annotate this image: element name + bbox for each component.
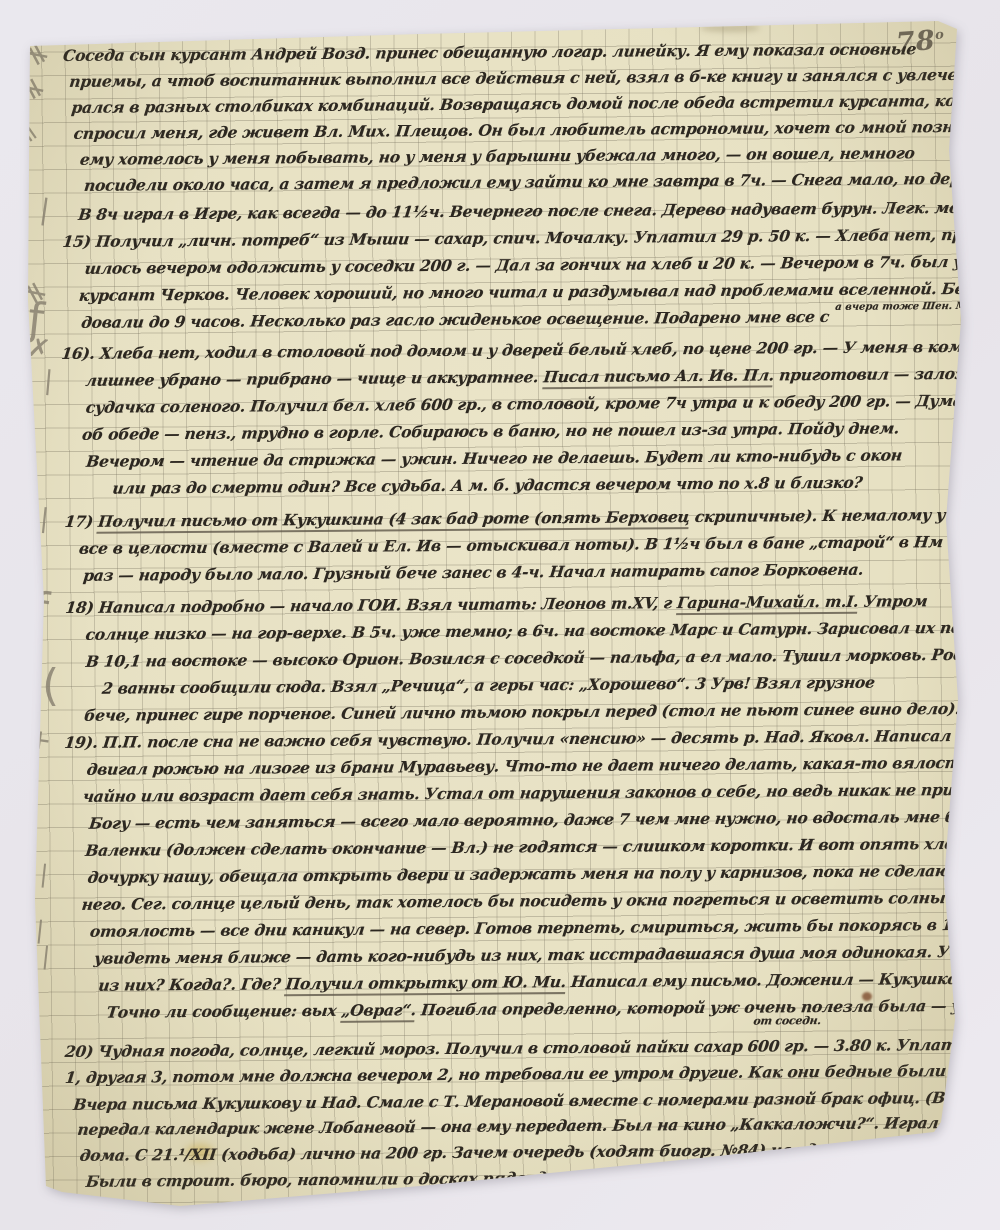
handwriting-segment: бече, принес гире порченое. Синей лично …	[83, 699, 961, 725]
paper-shadow: 78о ≠≠=|≠ƒ✗||ƒ(+‡||||‡| Соседа сын курса…	[0, 0, 1000, 1230]
handwriting-segment: от соседн.	[753, 1014, 822, 1028]
handwriting-segment: Получил открытку от Ю. Ми.	[284, 972, 567, 996]
handwriting-segment: Были в строит. бюро, напомнили о досках …	[85, 1165, 969, 1191]
handwriting-segment: посидели около часа, а затем я предложил…	[83, 168, 1000, 194]
handwritten-line: из них? Когда?. Где? Получил открытку от…	[97, 969, 982, 995]
handwritten-line: солнце низко — на гор-верхе. В 5ч. уже т…	[85, 617, 1000, 644]
handwriting-segment: отоялость — все дни каникул — на север. …	[89, 913, 1000, 940]
handwriting-segment: Написал ему письмо. Доженил — Кукушкову,	[565, 969, 983, 991]
handwritten-line: раз — народу было мало. Грузный бече зан…	[82, 560, 864, 585]
handwriting-segment: 1, другая 3, потом мне должна вечером 2,…	[64, 1060, 1000, 1087]
handwriting-segment: а вчера тоже Шен. Мел	[835, 301, 981, 313]
handwritten-line: 17) Получил письмо от Кукушкина (4 зак б…	[64, 505, 999, 531]
handwriting-segment: дочурку нашу, обещала открыть двери и за…	[86, 859, 1000, 886]
handwritten-line: В 8ч играл в Игре, как всегда — до 11½ч.…	[77, 197, 1000, 223]
handwritten-line: Точно ли сообщение: вых „Овраг“. Погибла…	[106, 995, 1000, 1022]
handwriting-segment: или раз до смерти один? Все судьба. А м.…	[111, 473, 863, 498]
handwritten-line: чайно или возраст дает себя знать. Устал…	[82, 779, 1000, 806]
handwriting-segment: приемы, а чтоб воспитанник выполнил все …	[68, 64, 1000, 91]
handwritten-line: от соседн.	[753, 1014, 822, 1028]
handwriting-segment: Утром	[857, 591, 928, 611]
handwritten-line: 19). П.П. после сна не важно себя чувств…	[63, 725, 1000, 752]
handwritten-line: 2 ванны сообщили сюда. Взял „Речица“, а …	[101, 673, 876, 698]
handwriting-segment: двигал рожью на лизоге из брани Муравьев…	[86, 752, 1000, 779]
handwritten-line: Богу — есть чем заняться — всего мало ве…	[88, 805, 1000, 833]
handwritten-line: рался в разных столбиках комбинаций. Воз…	[70, 90, 1000, 116]
photo-background: 78о ≠≠=|≠ƒ✗||ƒ(+‡||||‡| Соседа сын курса…	[0, 0, 1000, 1230]
handwritten-line: все в целости (вместе с Валей и Ел. Ив —…	[78, 532, 944, 558]
handwriting-segment: Писал письмо Ал. Ив. Пл.	[542, 365, 775, 389]
pencil-margin-mark: |	[27, 968, 37, 991]
handwritten-line: 20) Чудная погода, солнце, легкий мороз.…	[64, 1033, 1000, 1061]
handwriting-segment: Точно ли сообщение: вых	[106, 1001, 343, 1022]
manuscript-page: 78о ≠≠=|≠ƒ✗||ƒ(+‡||||‡| Соседа сын курса…	[0, 0, 1000, 1230]
handwriting-segment: судачка соленого. Получил бел. хлеб 600 …	[85, 391, 979, 417]
handwritten-line: В 10,1 на востоке — высоко Орион. Возилс…	[85, 644, 1000, 671]
handwritten-line: приемы, а чтоб воспитанник выполнил все …	[68, 64, 1000, 91]
handwritten-text: Соседа сын курсант Андрей Возд. принес о…	[0, 0, 1000, 1230]
handwriting-segment: об обеде — пенз., трудно в горле. Собира…	[81, 418, 900, 443]
handwritten-line: дома. С 21.¹/XII (ходьба) лично на 200 г…	[79, 1137, 1000, 1164]
handwriting-segment: передал календарик жене Лобаневой — она …	[76, 1112, 1000, 1139]
handwriting-segment: Богу — есть чем заняться — всего мало ве…	[88, 805, 1000, 833]
handwriting-segment: Получил письмо от Кукушкина (4 зак бад р…	[97, 507, 691, 534]
handwriting-segment: него. Сег. солнце целый день, так хотело…	[81, 887, 1000, 914]
handwritten-line: Соседа сын курсант Андрей Возд. принес о…	[62, 39, 917, 65]
handwritten-line: спросил меня, где живет Вл. Мих. Плещов.…	[73, 116, 1000, 143]
handwritten-line: 15) Получил „личн. потреб“ из Мыши — сах…	[62, 225, 982, 251]
handwritten-line: Вечером — чтение да стрижка — ужин. Ниче…	[85, 445, 903, 470]
pencil-margin-mark: ‡	[21, 780, 38, 811]
handwriting-segment: В 10,1 на востоке — высоко Орион. Возилс…	[85, 644, 1000, 671]
handwriting-segment: Соседа сын курсант Андрей Возд. принес о…	[62, 39, 917, 65]
handwriting-segment: Вчера письма Кукушкову и Над. Смале с Т.…	[72, 1087, 1000, 1114]
handwriting-segment: чайно или возраст дает себя знать. Устал…	[82, 779, 1000, 806]
handwriting-segment: Вечером — чтение да стрижка — ужин. Ниче…	[85, 445, 903, 470]
handwriting-segment: скрипичные). К немалому у меня	[689, 505, 999, 526]
handwriting-segment: все в целости (вместе с Валей и Ел. Ив —…	[78, 532, 944, 558]
handwriting-segment: 15) Получил „личн. потреб“ из Мыши — сах…	[62, 225, 982, 251]
handwriting-segment: 2 ванны сообщили сюда. Взял „Речица“, а …	[101, 673, 876, 698]
handwritten-line: посидели около часа, а затем я предложил…	[83, 168, 1000, 194]
handwriting-segment: ержанный для нее получает — 8½ кг	[815, 1137, 1000, 1159]
pencil-margin-mark: ‡	[16, 1029, 38, 1065]
handwritten-line: дочурку нашу, обещала открыть двери и за…	[86, 859, 1000, 886]
handwritten-line: лишнее убрано — прибрано — чище и аккура…	[85, 364, 998, 390]
handwritten-line: двигал рожью на лизоге из брани Муравьев…	[86, 752, 1000, 779]
handwriting-segment: солнце низко — на гор-верхе. В 5ч. уже т…	[85, 617, 1000, 644]
handwriting-segment: из них? Когда?. Где?	[97, 974, 286, 994]
handwritten-line: отоялость — все дни каникул — на север. …	[89, 913, 1000, 940]
handwriting-segment: 18) Написал подробно — начало ГОИ. Взял …	[64, 593, 678, 617]
handwritten-line: ему хотелось у меня побывать, но у меня …	[79, 143, 916, 169]
handwritten-line: передал календарик жене Лобаневой — она …	[76, 1112, 1000, 1139]
handwriting-segment: Валенки (должен сделать окончание — Вл.)…	[84, 833, 1000, 860]
handwriting-segment: довали до 9 часов. Несколько раз гасло ж…	[80, 307, 835, 332]
handwritten-line: довали до 9 часов. Несколько раз гасло ж…	[80, 304, 1000, 332]
handwritten-line: Валенки (должен сделать окончание — Вл.)…	[84, 833, 1000, 860]
handwriting-segment: 17)	[64, 512, 99, 531]
handwritten-line: судачка соленого. Получил бел. хлеб 600 …	[85, 391, 979, 417]
handwriting-segment: Погибла определенно, которой уж очень по…	[415, 995, 1000, 1019]
handwritten-line: или раз до смерти один? Все судьба. А м.…	[111, 473, 863, 498]
handwriting-segment: спросил меня, где живет Вл. Мих. Плещов.…	[73, 116, 1000, 143]
handwritten-line: 18) Написал подробно — начало ГОИ. Взял …	[64, 591, 928, 617]
handwriting-segment: В 8ч играл в Игре, как всегда — до 11½ч.…	[77, 197, 1000, 223]
handwritten-line: увидеть меня ближе — дать кого-нибудь из…	[93, 940, 1000, 967]
handwritten-line: бече, принес гире порченое. Синей лично …	[83, 699, 961, 725]
handwriting-segment: рался в разных столбиках комбинаций. Воз…	[70, 90, 1000, 116]
handwritten-line: шлось вечером одолжить у соседки 200 г. …	[84, 251, 1000, 277]
handwriting-segment: 16). Хлеба нет, ходил в столовой под дом…	[60, 336, 1000, 363]
struck-word: поджаренного	[974, 305, 1000, 325]
handwritten-line: 1, другая 3, потом мне должна вечером 2,…	[64, 1060, 1000, 1087]
handwriting-segment: Гарина-Михайл. т.I.	[676, 592, 860, 615]
handwriting-segment: 20) Чудная погода, солнце, легкий мороз.…	[64, 1033, 1000, 1061]
struck-word: уд	[796, 1140, 818, 1159]
handwritten-line: Вчера письма Кукушкову и Над. Смале с Т.…	[72, 1087, 1000, 1114]
handwriting-segment: дома. С 21.¹/XII (ходьба) лично на 200 г…	[79, 1140, 798, 1165]
handwriting-segment: приготовил — заложил	[773, 364, 998, 385]
inked-out-word: Земл	[967, 1165, 1000, 1184]
handwriting-segment: раз — народу было мало. Грузный бече зан…	[82, 560, 864, 585]
handwritten-line: него. Сег. солнце целый день, так хотело…	[81, 887, 1000, 914]
handwriting-segment: „Овраг“.	[340, 1000, 417, 1023]
handwriting-segment: ему хотелось у меня побывать, но у меня …	[79, 143, 916, 169]
handwritten-line: об обеде — пенз., трудно в горле. Собира…	[81, 418, 900, 443]
handwritten-line: Были в строит. бюро, напомнили о досках …	[85, 1164, 1000, 1190]
handwriting-segment: увидеть меня ближе — дать кого-нибудь из…	[93, 940, 1000, 967]
handwriting-segment: шлось вечером одолжить у соседки 200 г. …	[84, 251, 1000, 277]
handwritten-line: 16). Хлеба нет, ходил в столовой под дом…	[60, 336, 1000, 363]
handwriting-segment: 19). П.П. после сна не важно себя чувств…	[63, 725, 1000, 752]
handwriting-segment: лишнее убрано — прибрано — чище и аккура…	[85, 367, 545, 390]
